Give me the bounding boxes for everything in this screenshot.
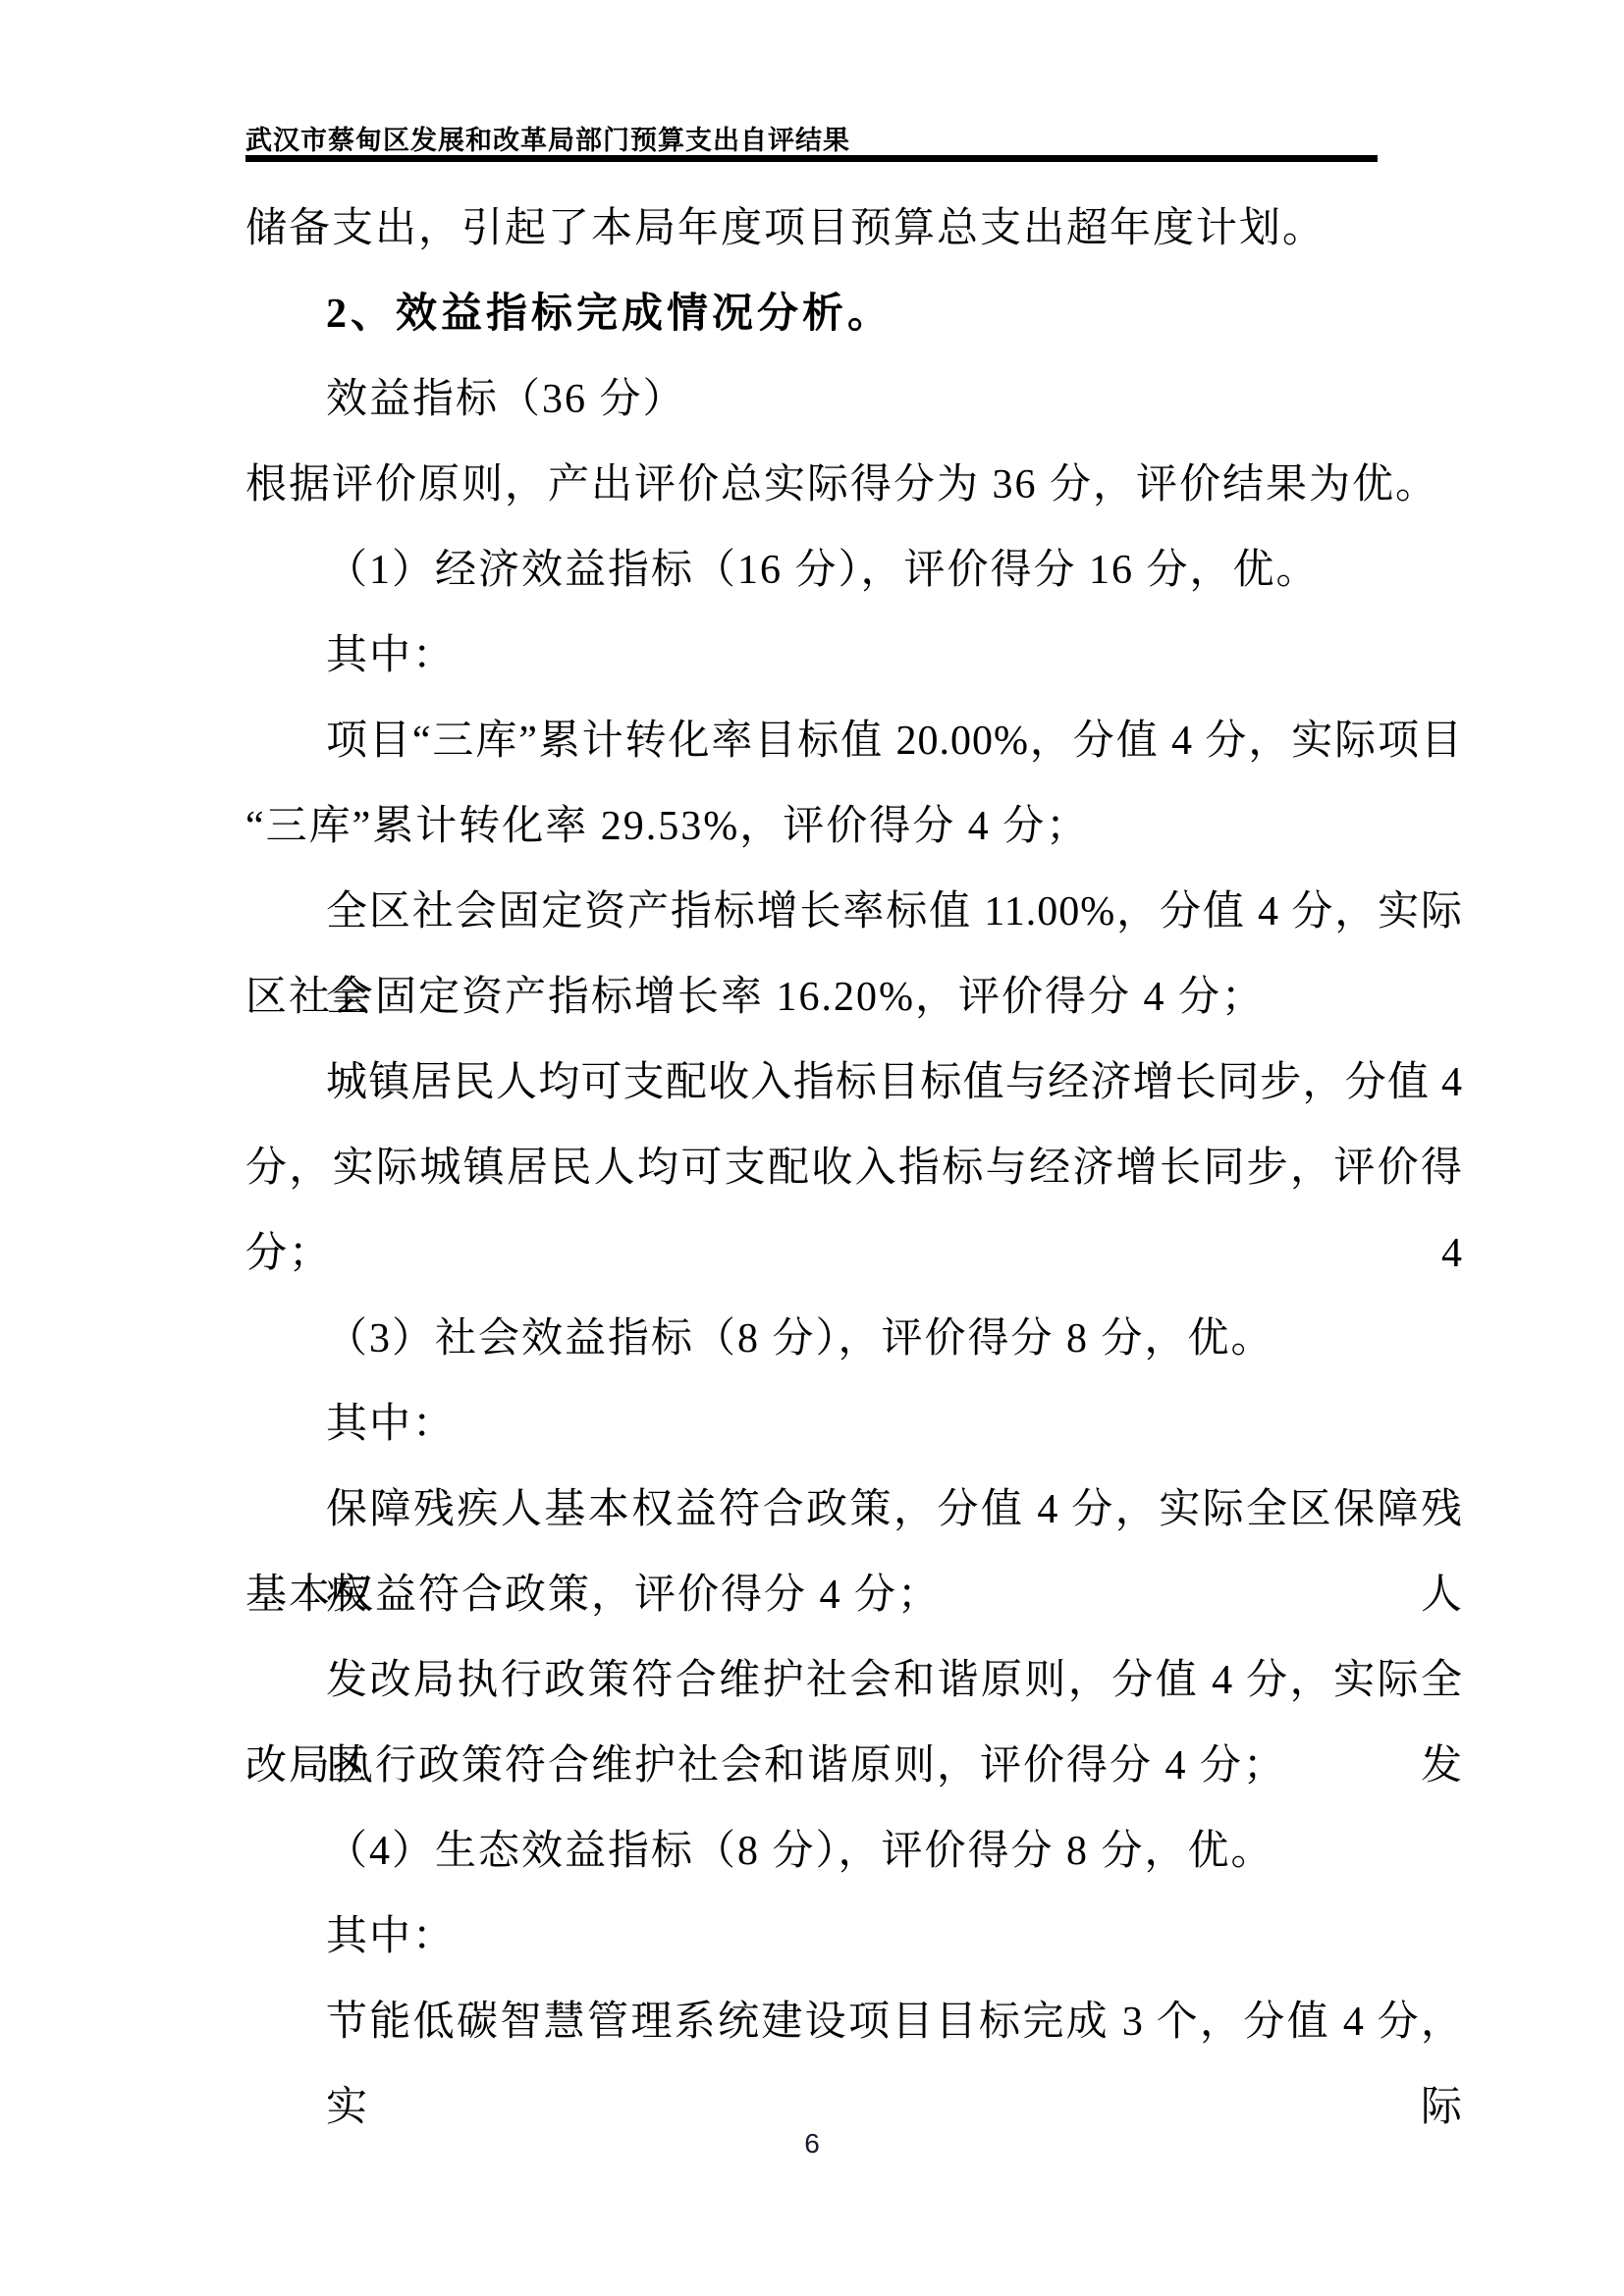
document-body: 储备支出，引起了本局年度项目预算总支出超年度计划。2、效益指标完成情况分析。效益…	[245, 187, 1463, 2065]
text-line: 2、效益指标完成情况分析。	[245, 272, 1463, 357]
text-line: 城镇居民人均可支配收入指标目标值与经济增长同步，分值 4	[245, 1041, 1463, 1126]
text-line: 其中：	[245, 1382, 1463, 1468]
text-line: 发改局执行政策符合维护社会和谐原则，分值 4 分，实际全区发	[245, 1638, 1463, 1724]
text-line: 保障残疾人基本权益符合政策，分值 4 分，实际全区保障残疾人	[245, 1468, 1463, 1553]
text-line: （4）生态效益指标（8 分），评价得分 8 分，优。	[245, 1809, 1463, 1895]
header-rule	[245, 155, 1378, 162]
document-page: 武汉市蔡甸区发展和改革局部门预算支出自评结果 储备支出，引起了本局年度项目预算总…	[0, 0, 1624, 2296]
text-line: 全区社会固定资产指标增长率标值 11.00%，分值 4 分，实际全	[245, 870, 1463, 955]
text-line: 其中：	[245, 1895, 1463, 1980]
text-line: 节能低碳智慧管理系统建设项目目标完成 3 个，分值 4 分，实际	[245, 1980, 1463, 2065]
text-line: 储备支出，引起了本局年度项目预算总支出超年度计划。	[245, 187, 1463, 272]
page-number: 6	[804, 2128, 820, 2159]
text-line: 分，实际城镇居民人均可支配收入指标与经济增长同步，评价得分 4	[245, 1126, 1463, 1211]
text-line: 项目“三库”累计转化率目标值 20.00%，分值 4 分，实际项目	[245, 699, 1463, 784]
text-line: “三库”累计转化率 29.53%，评价得分 4 分；	[245, 784, 1463, 870]
text-line: 根据评价原则，产出评价总实际得分为 36 分，评价结果为优。	[245, 443, 1463, 528]
page-footer: 6	[0, 2128, 1624, 2160]
text-line: 效益指标（36 分）	[245, 357, 1463, 443]
text-line: 改局执行政策符合维护社会和谐原则，评价得分 4 分；	[245, 1724, 1463, 1809]
text-line: 区社会固定资产指标增长率 16.20%，评价得分 4 分；	[245, 955, 1463, 1041]
text-line: （1）经济效益指标（16 分），评价得分 16 分，优。	[245, 528, 1463, 614]
text-line: 其中：	[245, 614, 1463, 699]
header-title: 武汉市蔡甸区发展和改革局部门预算支出自评结果	[245, 119, 850, 157]
text-line: （3）社会效益指标（8 分），评价得分 8 分，优。	[245, 1297, 1463, 1382]
